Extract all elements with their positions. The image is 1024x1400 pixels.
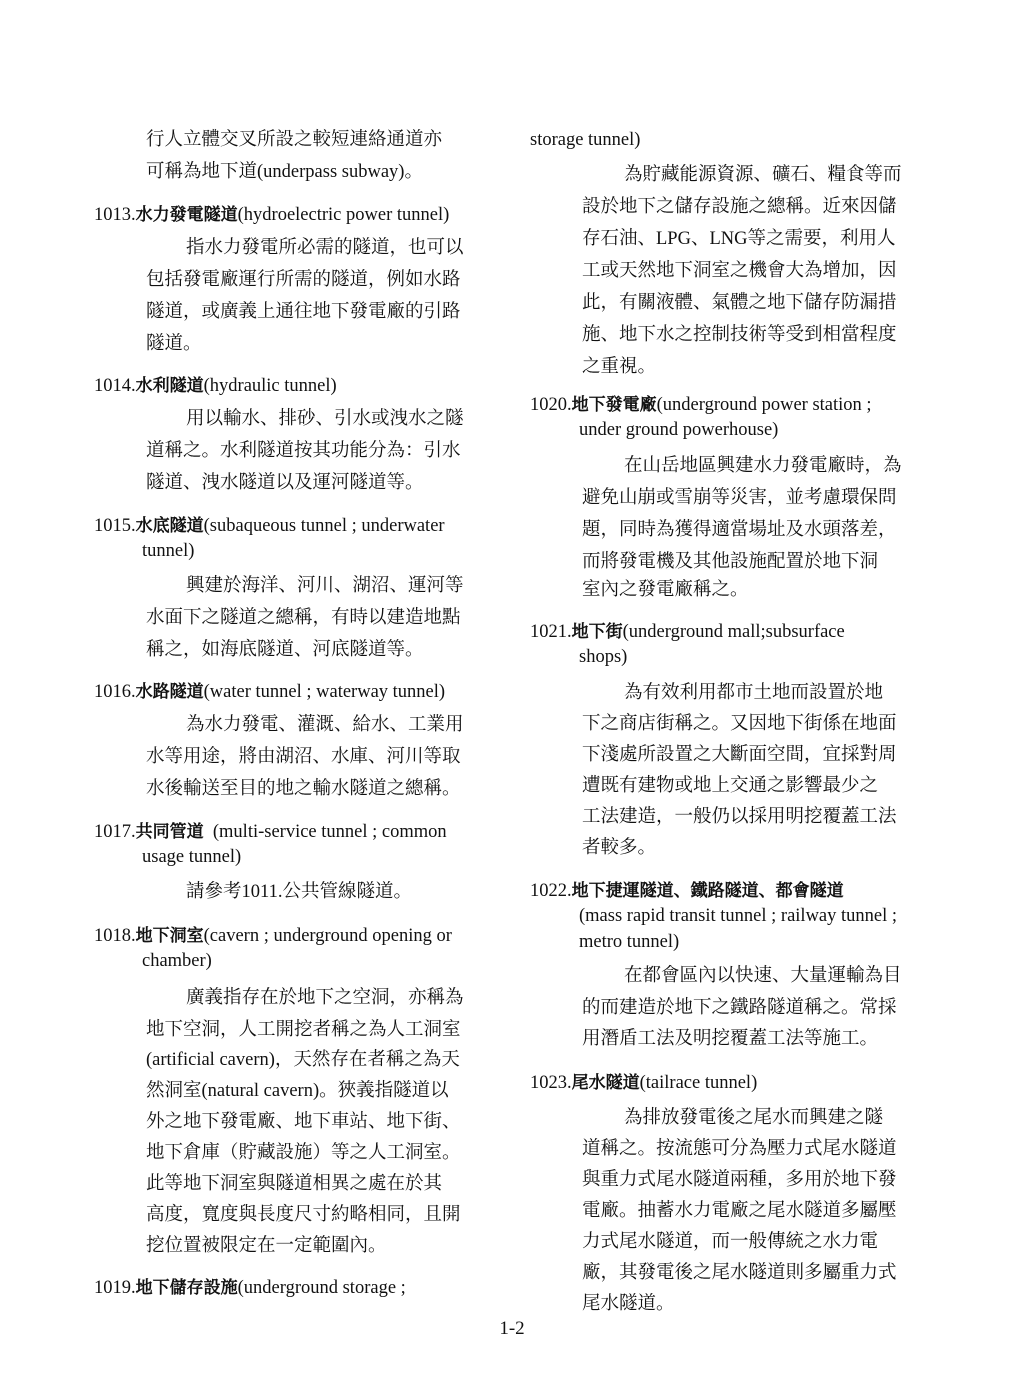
definition-line: 稱之，如海底隧道、河底隧道等。 (146, 638, 424, 662)
definition-line: 道稱之。按流態可分為壓力式尾水隧道 (582, 1137, 897, 1161)
entry-number: 1021. (530, 622, 572, 642)
entry-number: 1013. (94, 205, 136, 225)
glossary-entry-heading: 1016.水路隧道(water tunnel ; waterway tunnel… (94, 680, 445, 704)
definition-line: 隧道、洩水隧道以及運河隧道等。 (146, 471, 424, 495)
definition-line: 工法建造，一般仍以採用明挖覆蓋工法 (582, 805, 897, 829)
definition-line: 為貯藏能源資源、礦石、糧食等而 (624, 163, 902, 187)
definition-line: 然洞室(natural cavern)。狹義指隧道以 (146, 1079, 449, 1103)
definition-line: 興建於海洋、河川、湖沼、運河等 (186, 574, 464, 598)
definition-line: 在山岳地區興建水力發電廠時，為 (624, 454, 902, 478)
entry-term: 地下洞室 (136, 926, 204, 946)
heading-continuation: shops) (579, 645, 627, 669)
heading-continuation: metro tunnel) (579, 930, 679, 954)
glossary-entry-heading: 1022.地下捷運隧道、鐵路隧道、都會隧道 (530, 879, 844, 903)
definition-line: 之重視。 (582, 355, 656, 379)
entry-number: 1022. (530, 881, 572, 901)
definition-line: 道稱之。水利隧道按其功能分為：引水 (146, 439, 461, 463)
entry-term: 共同管道 (136, 822, 204, 842)
definition-line: 水後輸送至目的地之輸水隧道之總稱。 (146, 777, 461, 801)
glossary-entry-heading: 1015.水底隧道(subaqueous tunnel ; underwater (94, 514, 445, 538)
definition-line: 遭既有建物或地上交通之影響最少之 (582, 774, 878, 798)
glossary-entry-heading: 1020.地下發電廠(underground power station ; (530, 393, 872, 417)
definition-line: 用潛盾工法及明挖覆蓋工法等施工。 (582, 1027, 878, 1051)
entry-english: (hydraulic tunnel) (204, 376, 337, 396)
definition-line: 地下空洞，人工開挖者稱之為人工洞室 (146, 1018, 461, 1042)
entry-term: 地下街 (572, 622, 623, 642)
entry-number: 1014. (94, 376, 136, 396)
definition-line: 用以輸水、排砂、引水或洩水之隧 (186, 407, 464, 431)
definition-line: 施、地下水之控制技術等受到相當程度 (582, 323, 897, 347)
definition-line: 室內之發電廠稱之。 (582, 578, 749, 602)
entry-english: (subaqueous tunnel ; underwater (204, 516, 445, 536)
definition-line: 電廠。抽蓄水力電廠之尾水隧道多屬壓 (582, 1199, 897, 1223)
glossary-entry-heading: 1013.水力發電隧道(hydroelectric power tunnel) (94, 203, 449, 227)
definition-line: (artificial cavern)，天然存在者稱之為天 (146, 1048, 460, 1072)
definition-line: 請參考1011.公共管線隧道。 (186, 880, 412, 904)
entry-number: 1016. (94, 682, 136, 702)
entry-term: 地下儲存設施 (136, 1278, 238, 1298)
glossary-entry-heading: 1021.地下街(underground mall;subsurface (530, 620, 845, 644)
entry-english: (water tunnel ; waterway tunnel) (204, 682, 445, 702)
entry-term: 水力發電隧道 (136, 205, 238, 225)
definition-line: 高度，寬度與長度尺寸約略相同，且開 (146, 1203, 461, 1227)
glossary-entry-heading: 1018.地下洞室(cavern ; underground opening o… (94, 924, 452, 948)
heading-continuation: (mass rapid transit tunnel ; railway tun… (579, 904, 897, 928)
definition-line: 此，有關液體、氣體之地下儲存防漏措 (582, 291, 897, 315)
glossary-entry-heading: 1019.地下儲存設施(underground storage ; (94, 1276, 406, 1300)
definition-line: 外之地下發電廠、地下車站、地下街、 (146, 1110, 461, 1134)
definition-line: 廣義指存在於地下之空洞，亦稱為 (186, 986, 464, 1010)
definition-line: 尾水隧道。 (582, 1292, 675, 1316)
entry-term: 水底隧道 (136, 516, 204, 536)
entry-english: (underground power station ; (657, 395, 872, 415)
entry-english: (underground storage ; (238, 1278, 406, 1298)
definition-line: 隧道。 (146, 332, 202, 356)
definition-line: 為有效利用都市土地而設置於地 (624, 681, 883, 705)
entry-english: (hydroelectric power tunnel) (238, 205, 450, 225)
entry-english: (multi-service tunnel ; common (204, 822, 447, 842)
glossary-entry-heading: 1023.尾水隧道(tailrace tunnel) (530, 1071, 757, 1095)
definition-line: 與重力式尾水隧道兩種，多用於地下發 (582, 1168, 897, 1192)
definition-line: 而將發電機及其他設施配置於地下洞 (582, 550, 878, 574)
entry-term: 水利隧道 (136, 376, 204, 396)
heading-continuation: chamber) (142, 949, 212, 973)
definition-line: 可稱為地下道(underpass subway)。 (146, 160, 423, 184)
definition-line: 行人立體交叉所設之較短連絡通道亦 (146, 128, 442, 152)
definition-line: 水面下之隧道之總稱，有時以建造地點 (146, 606, 461, 630)
glossary-entry-heading: 1014.水利隧道(hydraulic tunnel) (94, 374, 337, 398)
definition-line: 為排放發電後之尾水而興建之隧 (624, 1106, 883, 1130)
definition-line: 水等用途，將由湖沼、水庫、河川等取 (146, 745, 461, 769)
entry-english: (underground mall;subsurface (623, 622, 845, 642)
heading-continuation: usage tunnel) (142, 845, 241, 869)
definition-line: 在都會區內以快速、大量運輸為目 (624, 964, 902, 988)
definition-line: 為水力發電、灌溉、給水、工業用 (186, 713, 464, 737)
definition-line: 此等地下洞室與隧道相異之處在於其 (146, 1172, 442, 1196)
definition-line: 力式尾水隧道，而一般傳統之水力電 (582, 1230, 878, 1254)
entry-term: 地下捷運隧道、鐵路隧道、都會隧道 (572, 881, 844, 901)
definition-line: 下淺處所設置之大斷面空間，宜採對周 (582, 743, 897, 767)
entry-english: (cavern ; underground opening or (204, 926, 452, 946)
entry-term: 尾水隧道 (572, 1073, 640, 1093)
definition-line: 者較多。 (582, 836, 656, 860)
definition-line: 廠，其發電後之尾水隧道則多屬重力式 (582, 1261, 897, 1285)
heading-continuation: under ground powerhouse) (579, 418, 778, 442)
entry-number: 1019. (94, 1278, 136, 1298)
entry-english: (tailrace tunnel) (640, 1073, 758, 1093)
definition-line: 隧道，或廣義上通往地下發電廠的引路 (146, 300, 461, 324)
entry-number: 1017. (94, 822, 136, 842)
glossary-entry-heading: 1017.共同管道 (multi-service tunnel ; common (94, 820, 447, 844)
definition-line: 下之商店街稱之。又因地下街係在地面 (582, 712, 897, 736)
definition-line: 設於地下之儲存設施之總稱。近來因儲 (582, 195, 897, 219)
definition-line: 包括發電廠運行所需的隧道，例如水路 (146, 268, 461, 292)
entry-number: 1020. (530, 395, 572, 415)
definition-line: 存石油、LPG、LNG等之需要，利用人 (582, 227, 895, 251)
heading-continuation: tunnel) (142, 539, 194, 563)
heading-continuation: storage tunnel) (530, 128, 640, 152)
entry-term: 水路隧道 (136, 682, 204, 702)
entry-number: 1015. (94, 516, 136, 536)
entry-number: 1023. (530, 1073, 572, 1093)
definition-line: 挖位置被限定在一定範圍內。 (146, 1234, 387, 1258)
definition-line: 地下倉庫（貯藏設施）等之人工洞室。 (146, 1141, 461, 1165)
definition-line: 的而建造於地下之鐵路隧道稱之。常採 (582, 996, 897, 1020)
definition-line: 指水力發電所必需的隧道，也可以 (186, 236, 464, 260)
definition-line: 避免山崩或雪崩等災害，並考慮環保問 (582, 486, 897, 510)
definition-line: 工或天然地下洞室之機會大為增加，因 (582, 259, 897, 283)
page-number: 1-2 (0, 1318, 1024, 1340)
entry-term: 地下發電廠 (572, 395, 657, 415)
definition-line: 題，同時為獲得適當場址及水頭落差， (582, 518, 897, 542)
entry-number: 1018. (94, 926, 136, 946)
